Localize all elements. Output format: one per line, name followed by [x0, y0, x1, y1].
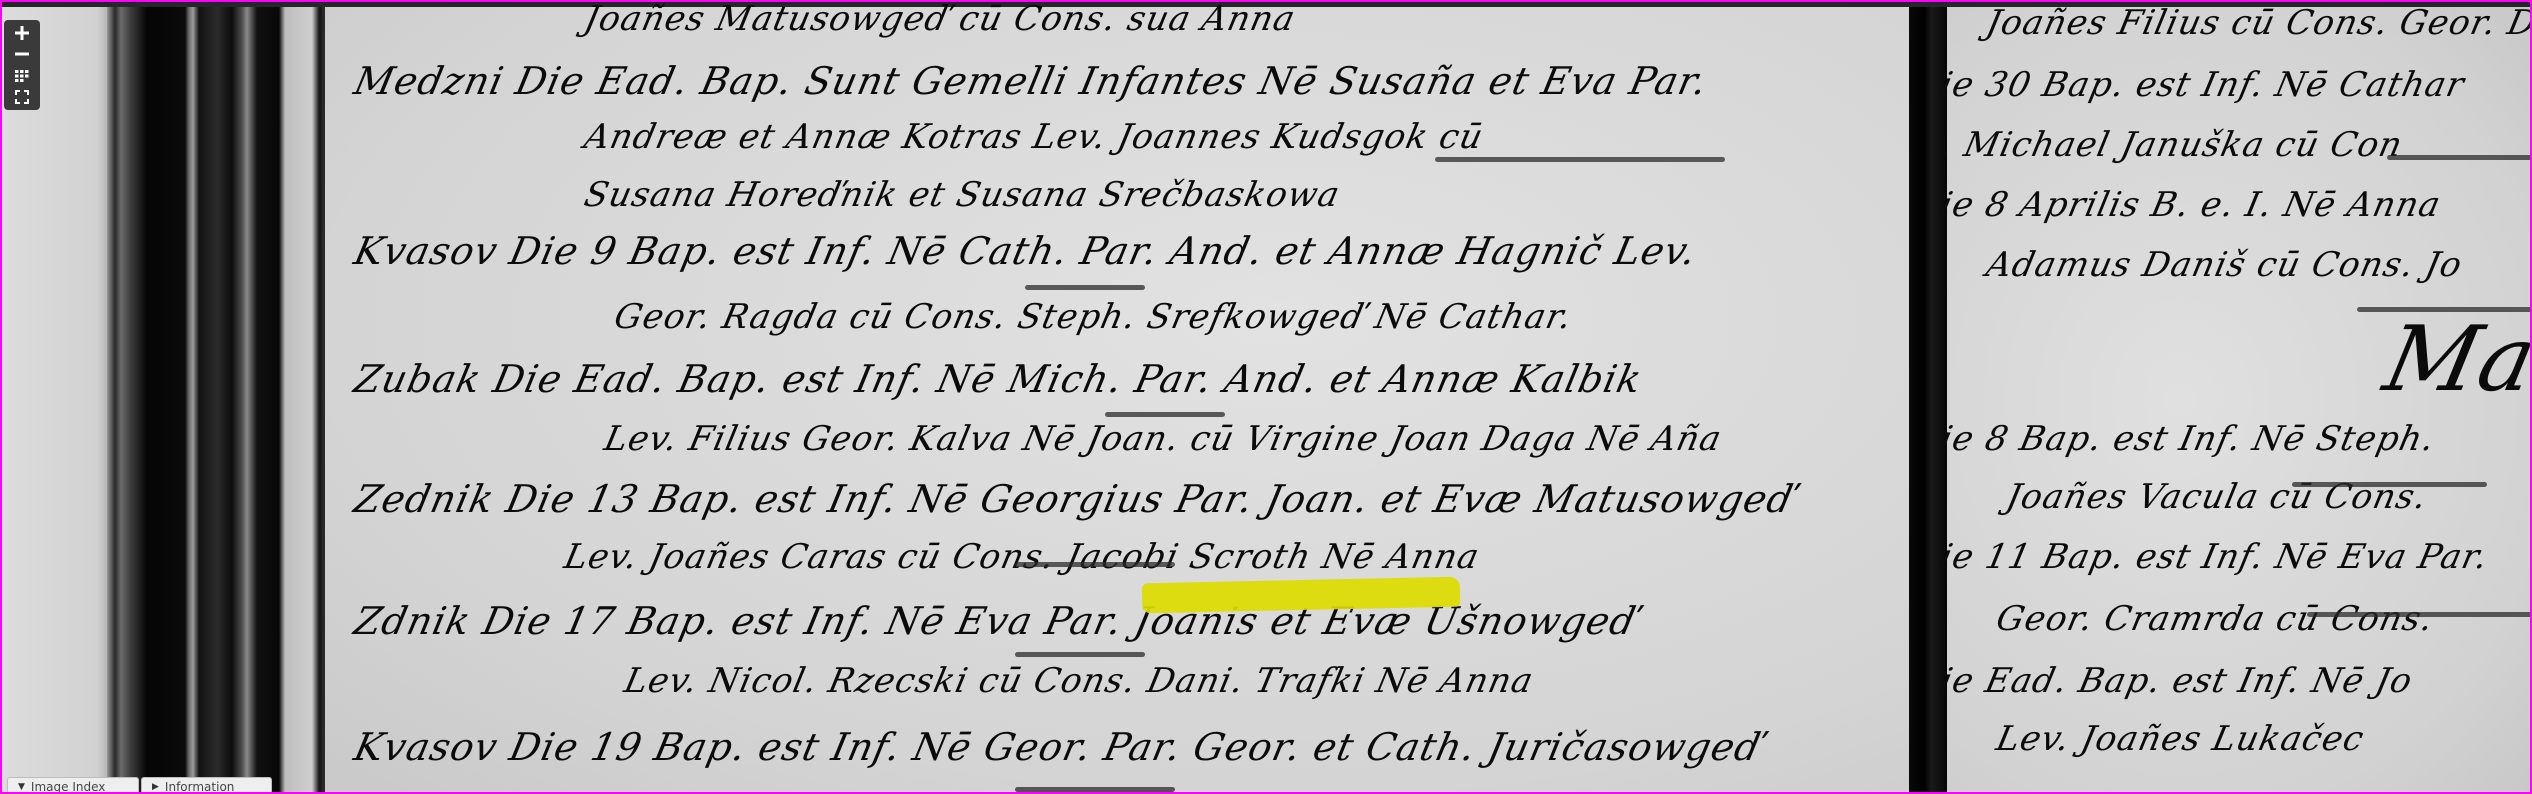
left-page: Joañes Matusowgeď cū Cons. sua Anna Medz…	[322, 7, 1912, 792]
manuscript-line: Lev. Joañes Caras cū Cons. Jacobi Scroth…	[561, 537, 1483, 577]
ink-underline	[2307, 612, 2530, 617]
manuscript-line: ie 8 Bap. est Inf. Nē Steph.	[1937, 419, 2439, 459]
triangle-down-icon: ▼	[18, 778, 25, 792]
ink-underline	[2292, 482, 2487, 487]
image-viewer[interactable]: Joañes Matusowgeď cū Cons. sua Anna Medz…	[2, 2, 2530, 792]
tab-image-index[interactable]: ▼ Image Index	[7, 777, 139, 792]
grid-view-button[interactable]	[7, 66, 37, 86]
tab-label: Image Index	[31, 778, 105, 792]
manuscript-line: ie 11 Bap. est Inf. Nē Eva Par.	[1937, 537, 2492, 577]
zoom-in-button[interactable]	[7, 23, 37, 43]
manuscript-line: Joañes Matusowgeď cū Cons. sua Anna	[581, 2, 1300, 39]
ink-underline	[1015, 562, 1175, 567]
ink-underline	[1015, 652, 1145, 657]
fullscreen-button[interactable]	[7, 87, 37, 107]
zoom-control-panel	[4, 20, 40, 110]
manuscript-line: Lev. Nicol. Rzecski cū Cons. Dani. Trafk…	[621, 661, 1538, 701]
bottom-tab-bar: ▼ Image Index ▶ Information	[7, 777, 272, 792]
manuscript-line: Ma	[2376, 307, 2530, 412]
manuscript-line: ie 8 Aprilis B. e. I. Nē Anna	[1937, 185, 2445, 225]
ink-underline	[2387, 155, 2530, 160]
manuscript-line: ie 30 Bap. est Inf. Nē Cathar	[1937, 65, 2468, 105]
zoom-out-button[interactable]	[7, 44, 37, 64]
plus-icon	[15, 26, 29, 40]
manuscript-line: Lev. Joañes Lukačec	[1993, 719, 2368, 759]
manuscript-line: Zednik Die 13 Bap. est Inf. Nē Georgius …	[350, 477, 1797, 521]
grid-icon	[15, 70, 29, 82]
scan-background	[2, 7, 107, 792]
manuscript-line: Kvasov Die 9 Bap. est Inf. Nē Cath. Par.…	[350, 229, 1700, 273]
tab-label: Information	[165, 778, 234, 792]
minus-icon	[15, 47, 29, 61]
manuscript-line: Lev. Filius Geor. Kalva Nē Joan. cū Virg…	[601, 419, 1726, 459]
manuscript-line: Andreæ et Annæ Kotras Lev. Joannes Kudsg…	[581, 117, 1487, 157]
ink-underline	[1025, 285, 1145, 290]
manuscript-line: . Michael Januška cū Con	[1937, 125, 2407, 165]
triangle-right-icon: ▶	[152, 778, 159, 792]
manuscript-line: Geor. Ragda cū Cons. Steph. Srefkowgeď N…	[611, 297, 1576, 337]
manuscript-line: Zubak Die Ead. Bap. est Inf. Nē Mich. Pa…	[350, 357, 1646, 401]
manuscript-line: Kvasov Die 19 Bap. est Inf. Nē Geor. Par…	[350, 725, 1765, 769]
manuscript-line: Medzni Die Ead. Bap. Sunt Gemelli Infant…	[350, 59, 1711, 103]
ink-underline	[1435, 157, 1725, 162]
right-page: Joañes Filius cū Cons. Geor. D ie 30 Bap…	[1947, 7, 2530, 792]
book-binding	[107, 7, 322, 792]
tab-information[interactable]: ▶ Information	[141, 777, 272, 792]
manuscript-line: Geor. Cramrda cū Cons.	[1993, 599, 2438, 639]
fullscreen-icon	[15, 90, 29, 104]
ink-underline	[1105, 412, 1225, 417]
ink-underline	[2357, 307, 2530, 312]
ink-underline	[1015, 787, 1175, 792]
manuscript-line: Joañes Filius cū Cons. Geor. D	[1983, 3, 2530, 43]
manuscript-line: ie Ead. Bap. est Inf. Nē Jo	[1937, 661, 2417, 701]
manuscript-line: Susana Horeďnik et Susana Srečbaskowa	[581, 175, 1344, 215]
manuscript-line: Adamus Daniš cū Cons. Jo	[1983, 245, 2466, 285]
